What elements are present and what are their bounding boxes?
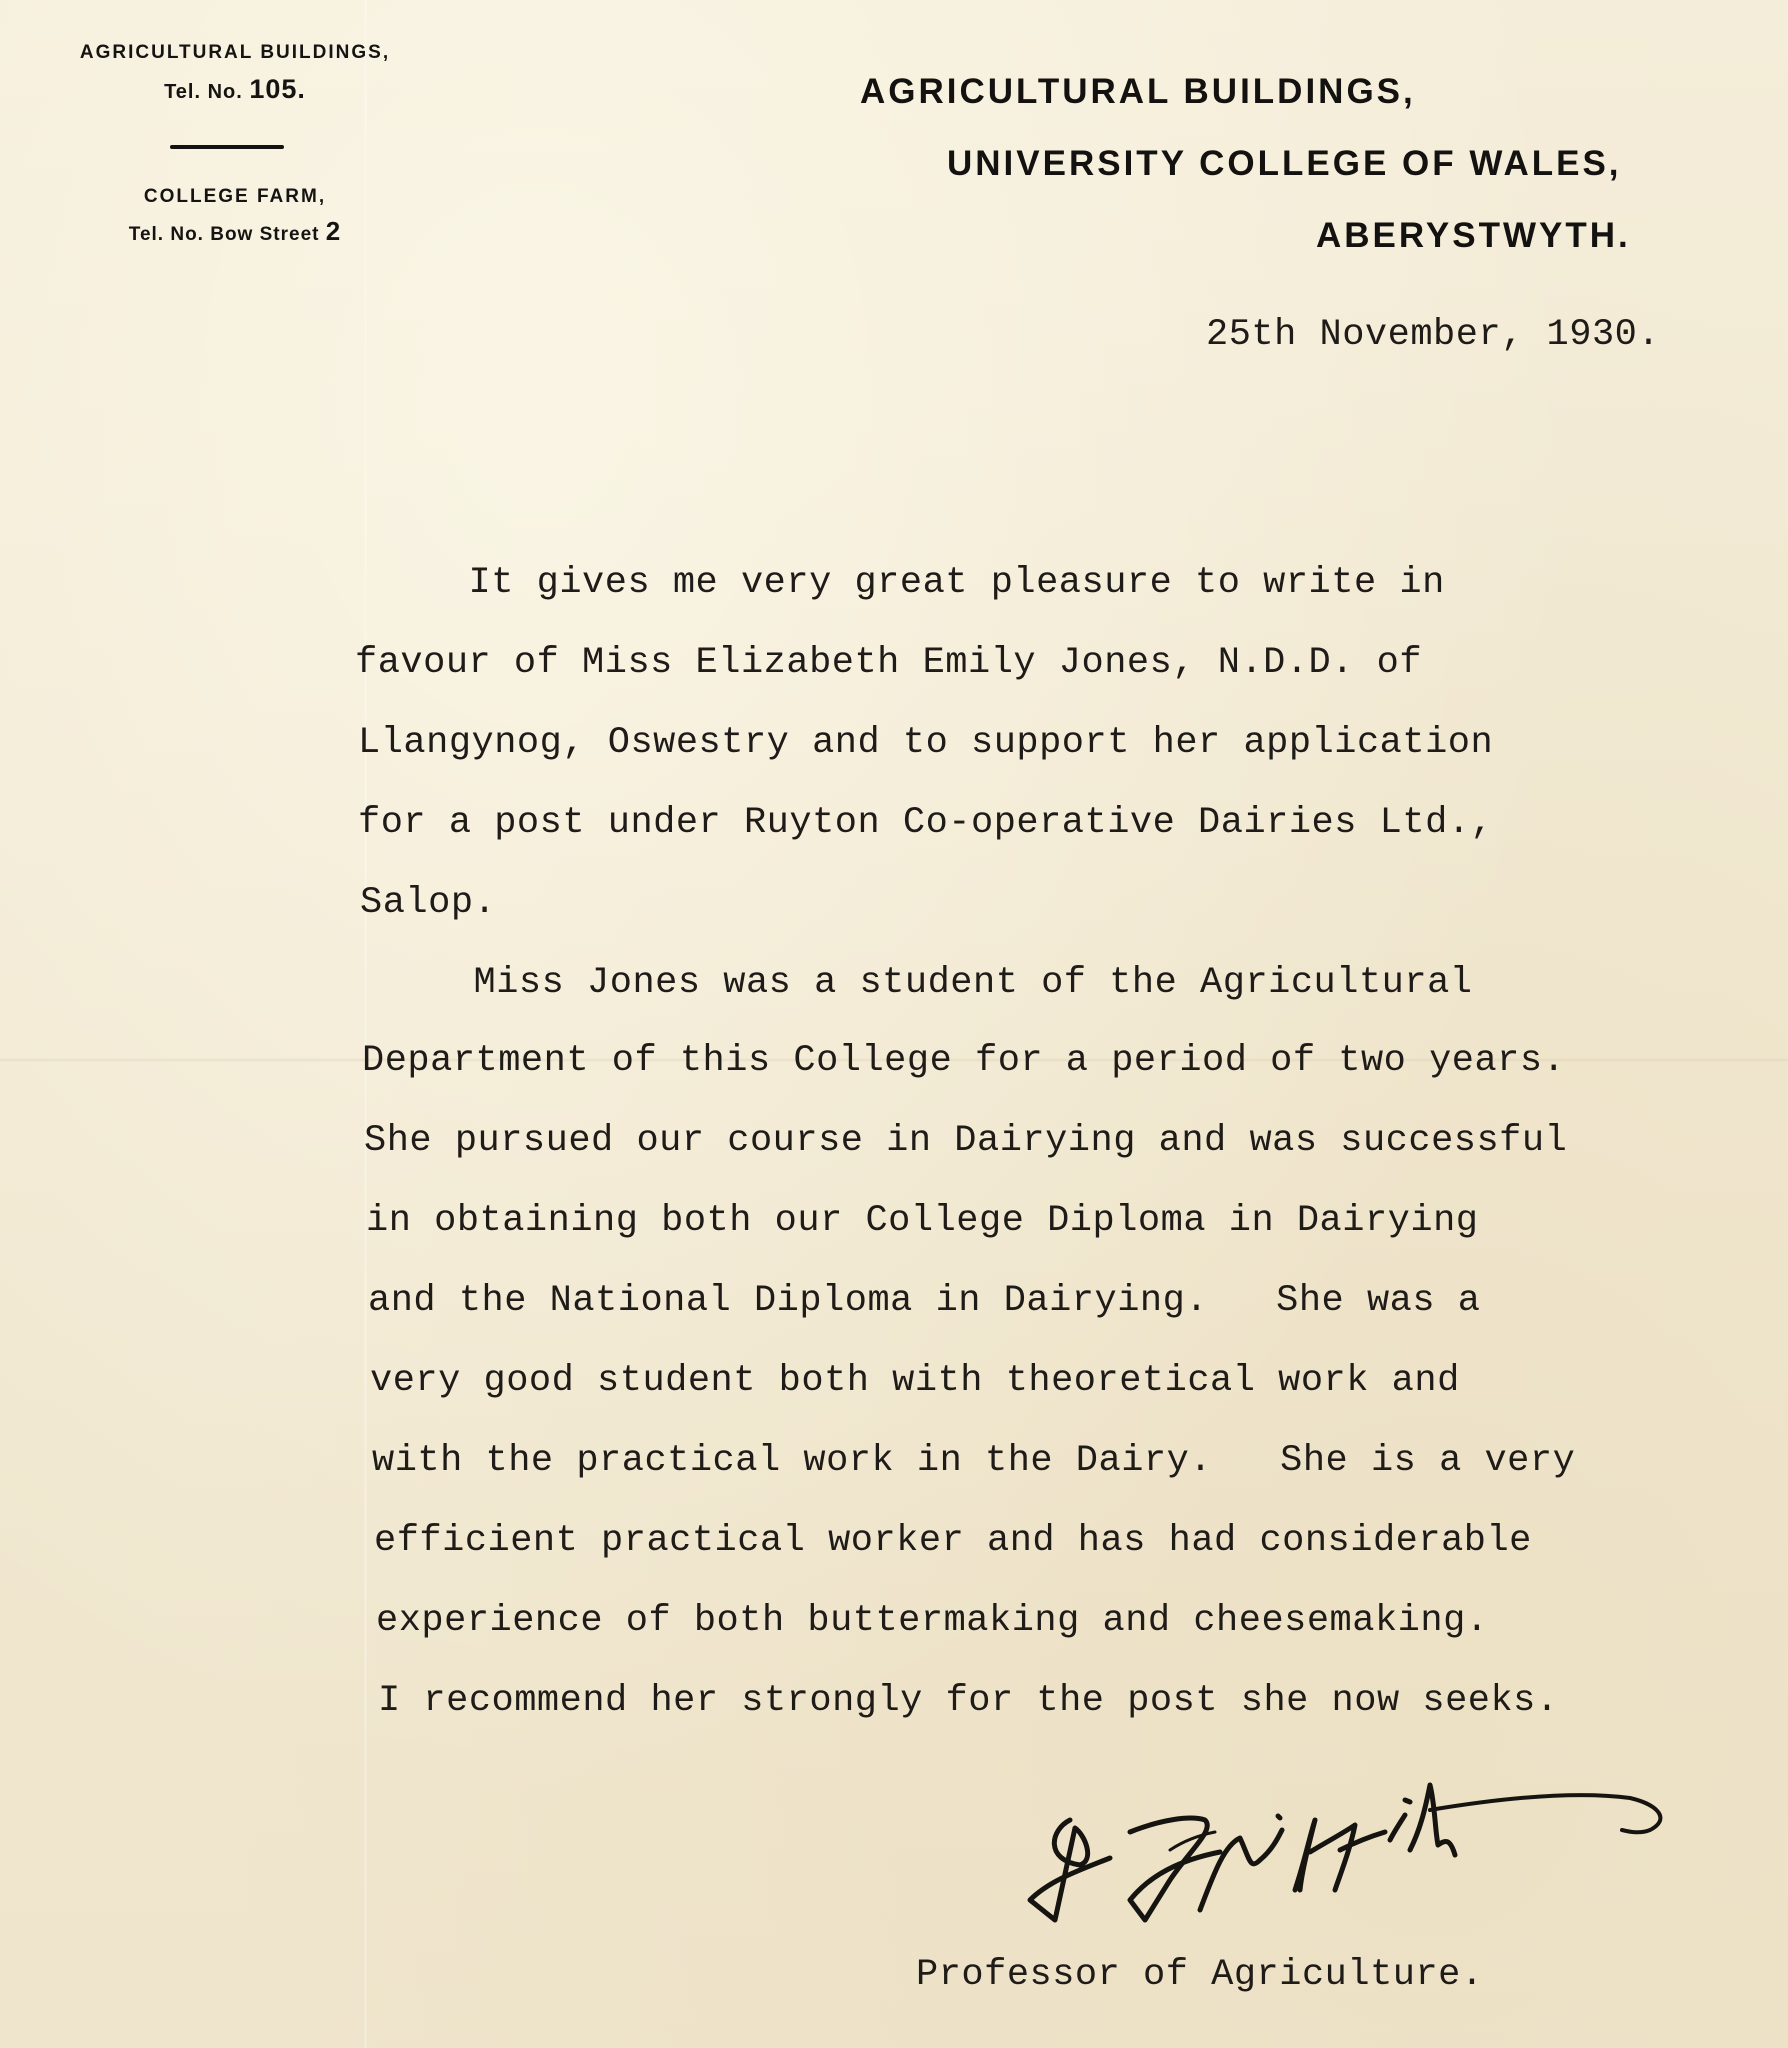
tel-number: 105. <box>249 74 306 104</box>
letterhead-left-buildings: AGRICULTURAL BUILDINGS, <box>40 42 430 64</box>
body-line: She pursued our course in Dairying and w… <box>364 1120 1567 1162</box>
letterhead-left-farm: COLLEGE FARM, <box>40 186 430 208</box>
body-line: Department of this College for a period … <box>362 1040 1565 1082</box>
body-line: Salop. <box>360 882 496 924</box>
body-line: Llangynog, Oswestry and to support her a… <box>358 722 1493 764</box>
body-line: favour of Miss Elizabeth Emily Jones, N.… <box>355 642 1422 684</box>
letterhead-right-line-1: AGRICULTURAL BUILDINGS, <box>860 72 1416 112</box>
body-line: with the practical work in the Dairy. Sh… <box>372 1440 1575 1482</box>
letter-date: 25th November, 1930. <box>1206 314 1660 356</box>
body-line: I recommend her strongly for the post sh… <box>378 1680 1559 1722</box>
tel-number: 2 <box>326 216 341 246</box>
letterhead-right-line-2: UNIVERSITY COLLEGE OF WALES, <box>947 144 1622 184</box>
body-line: very good student both with theoretical … <box>370 1360 1460 1402</box>
tel-label: Tel. No. <box>164 81 243 103</box>
body-line: in obtaining both our College Diploma in… <box>366 1200 1478 1242</box>
body-line: It gives me very great pleasure to write… <box>355 562 1445 604</box>
handwritten-signature <box>1010 1760 1730 1940</box>
body-line: Miss Jones was a student of the Agricult… <box>360 962 1472 1004</box>
signatory-title: Professor of Agriculture. <box>916 1954 1484 1996</box>
letterhead-right-line-3: ABERYSTWYTH. <box>1316 216 1631 256</box>
letterhead-divider <box>170 145 284 149</box>
body-line: and the National Diploma in Dairying. Sh… <box>368 1280 1480 1322</box>
letterhead-left-tel-2: Tel. No. Bow Street 2 <box>40 216 430 247</box>
body-line: experience of both buttermaking and chee… <box>376 1600 1488 1642</box>
tel-label: Tel. No. Bow Street <box>129 224 320 245</box>
letterhead-left-tel-1: Tel. No. 105. <box>40 74 430 105</box>
body-line: for a post under Ruyton Co-operative Dai… <box>358 802 1493 844</box>
body-line: efficient practical worker and has had c… <box>374 1520 1532 1562</box>
letter-paper <box>0 0 1788 2048</box>
paper-fold-vertical <box>364 0 367 2048</box>
